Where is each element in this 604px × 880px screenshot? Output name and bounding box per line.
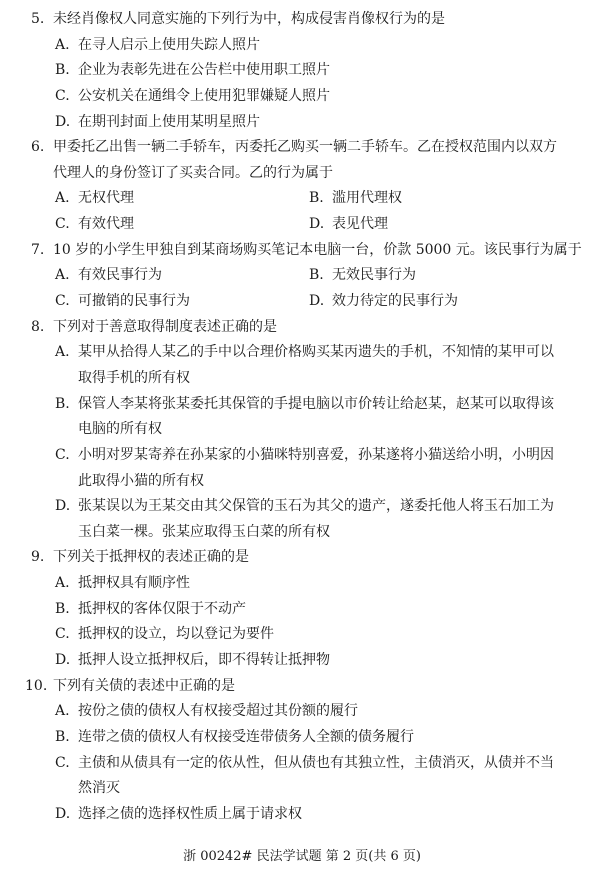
question-text: 下列对于善意取得制度表述正确的是 <box>53 315 277 341</box>
question-number: 5. <box>31 7 44 33</box>
option-c: C. 公安机关在通缉令上使用犯罪嫌疑人照片 <box>0 84 604 110</box>
option-label: C. <box>55 84 70 110</box>
page-footer: 浙 00242# 民法学试题 第 2 页(共 6 页) <box>0 846 604 868</box>
question-number: 10. <box>25 674 47 700</box>
option-a: A. 在寻人启示上使用失踪人照片 <box>0 33 604 59</box>
option-text: 无效民事行为 <box>332 263 416 289</box>
question-number: 8. <box>31 315 44 341</box>
option-d: D. 抵押人设立抵押权后，即不得转让抵押物 <box>0 648 604 674</box>
option-row: A. 有效民事行为 B. 无效民事行为 <box>0 263 604 289</box>
option-text: 主债和从债具有一定的依从性，但从债也有其独立性，主债消灭，从债并不当 <box>78 751 554 777</box>
option-d: D. 张某误以为王某交由其父保管的玉石为其父的遗产，遂委托他人将玉石加工为 <box>0 494 604 520</box>
option-a: A. 某甲从拾得人某乙的手中以合理价格购买某丙遗失的手机，不知情的某甲可以 <box>0 340 604 366</box>
option-label: C. <box>55 751 70 777</box>
option-b: B. 抵押权的客体仅限于不动产 <box>0 597 604 623</box>
option-text: 然消灭 <box>78 776 120 802</box>
option-d-continued: 玉白菜一棵。张某应取得玉白菜的所有权 <box>0 520 604 546</box>
option-c: C. 主债和从债具有一定的依从性，但从债也有其独立性，主债消灭，从债并不当 <box>0 751 604 777</box>
option-text: 张某误以为王某交由其父保管的玉石为其父的遗产，遂委托他人将玉石加工为 <box>78 494 554 520</box>
option-a: A. 按份之债的债权人有权接受超过其份额的履行 <box>0 699 604 725</box>
option-label: B. <box>55 58 70 84</box>
option-c: C. 抵押权的设立，均以登记为要件 <box>0 622 604 648</box>
option-text: 有效民事行为 <box>78 263 162 289</box>
option-c: C. 小明对罗某寄养在孙某家的小猫咪特别喜爱，孙某遂将小猫送给小明，小明因 <box>0 443 604 469</box>
option-text: 此取得小猫的所有权 <box>78 469 204 495</box>
option-text: 抵押权的客体仅限于不动产 <box>78 597 246 623</box>
option-label: B. <box>55 392 70 418</box>
option-text: 可撤销的民事行为 <box>78 289 190 315</box>
option-label: D. <box>55 648 70 674</box>
option-text: 取得手机的所有权 <box>78 366 190 392</box>
option-label: C. <box>55 443 70 469</box>
option-text: 选择之债的选择权性质上属于请求权 <box>78 802 302 828</box>
option-d: D. 在期刊封面上使用某明星照片 <box>0 110 604 136</box>
question-10: 10. 下列有关债的表述中正确的是 A. 按份之债的债权人有权接受超过其份额的履… <box>0 674 604 828</box>
option-label: D. <box>55 802 70 828</box>
option-label: A. <box>55 33 70 59</box>
question-text: 甲委托乙出售一辆二手轿车，丙委托乙购买一辆二手轿车。乙在授权范围内以双方 <box>53 135 557 161</box>
option-text: 滥用代理权 <box>332 186 402 212</box>
option-text: 抵押权具有顺序性 <box>78 571 190 597</box>
question-text: 下列关于抵押权的表述正确的是 <box>53 545 249 571</box>
option-text: 抵押人设立抵押权后，即不得转让抵押物 <box>78 648 330 674</box>
option-text: 某甲从拾得人某乙的手中以合理价格购买某丙遗失的手机，不知情的某甲可以 <box>78 340 554 366</box>
option-c-continued: 此取得小猫的所有权 <box>0 469 604 495</box>
option-label: A. <box>55 186 70 212</box>
option-text: 电脑的所有权 <box>78 417 162 443</box>
option-text: 抵押权的设立，均以登记为要件 <box>78 622 274 648</box>
question-number: 7. <box>31 238 44 264</box>
option-text: 企业为表彰先进在公告栏中使用职工照片 <box>78 58 330 84</box>
question-text: 10 岁的小学生甲独自到某商场购买笔记本电脑一台，价款 5000 元。该民事行为… <box>53 238 582 264</box>
option-text: 连带之债的债权人有权接受连带债务人全额的债务履行 <box>78 725 414 751</box>
question-stem: 10. 下列有关债的表述中正确的是 <box>0 674 604 700</box>
question-stem-continued: 代理人的身份签订了买卖合同。乙的行为属于 <box>0 161 604 187</box>
option-label: D. <box>309 212 324 238</box>
option-text: 小明对罗某寄养在孙某家的小猫咪特别喜爱，孙某遂将小猫送给小明，小明因 <box>78 443 554 469</box>
option-text: 有效代理 <box>78 212 134 238</box>
option-label: A. <box>55 571 70 597</box>
question-number: 6. <box>31 135 44 161</box>
option-a-continued: 取得手机的所有权 <box>0 366 604 392</box>
option-label: B. <box>55 725 70 751</box>
option-text: 表见代理 <box>332 212 388 238</box>
exam-page: 5. 未经肖像权人同意实施的下列行为中，构成侵害肖像权行为的是 A. 在寻人启示… <box>0 7 604 828</box>
option-text: 在期刊封面上使用某明星照片 <box>78 110 260 136</box>
option-text: 效力待定的民事行为 <box>332 289 458 315</box>
question-text: 未经肖像权人同意实施的下列行为中，构成侵害肖像权行为的是 <box>53 7 445 33</box>
option-a: A. 抵押权具有顺序性 <box>0 571 604 597</box>
question-text: 代理人的身份签订了买卖合同。乙的行为属于 <box>53 161 333 187</box>
option-label: B. <box>55 597 70 623</box>
option-text: 玉白菜一棵。张某应取得玉白菜的所有权 <box>78 520 330 546</box>
option-row: A. 无权代理 B. 滥用代理权 <box>0 186 604 212</box>
option-b: B. 企业为表彰先进在公告栏中使用职工照片 <box>0 58 604 84</box>
option-label: C. <box>55 212 70 238</box>
question-number: 9. <box>31 545 44 571</box>
option-label: A. <box>55 699 70 725</box>
option-row: C. 有效代理 D. 表见代理 <box>0 212 604 238</box>
question-stem: 7. 10 岁的小学生甲独自到某商场购买笔记本电脑一台，价款 5000 元。该民… <box>0 238 604 264</box>
option-label: A. <box>55 263 70 289</box>
question-stem: 6. 甲委托乙出售一辆二手轿车，丙委托乙购买一辆二手轿车。乙在授权范围内以双方 <box>0 135 604 161</box>
option-label: D. <box>309 289 324 315</box>
option-text: 保管人李某将张某委托其保管的手提电脑以市价转让给赵某，赵某可以取得该 <box>78 392 554 418</box>
option-text: 公安机关在通缉令上使用犯罪嫌疑人照片 <box>78 84 330 110</box>
option-text: 在寻人启示上使用失踪人照片 <box>78 33 260 59</box>
question-7: 7. 10 岁的小学生甲独自到某商场购买笔记本电脑一台，价款 5000 元。该民… <box>0 238 604 315</box>
option-label: B. <box>309 186 324 212</box>
question-stem: 8. 下列对于善意取得制度表述正确的是 <box>0 315 604 341</box>
option-d: D. 选择之债的选择权性质上属于请求权 <box>0 802 604 828</box>
option-text: 无权代理 <box>78 186 134 212</box>
option-label: B. <box>309 263 324 289</box>
option-label: A. <box>55 340 70 366</box>
question-6: 6. 甲委托乙出售一辆二手轿车，丙委托乙购买一辆二手轿车。乙在授权范围内以双方 … <box>0 135 604 238</box>
question-9: 9. 下列关于抵押权的表述正确的是 A. 抵押权具有顺序性 B. 抵押权的客体仅… <box>0 545 604 673</box>
question-5: 5. 未经肖像权人同意实施的下列行为中，构成侵害肖像权行为的是 A. 在寻人启示… <box>0 7 604 135</box>
option-text: 按份之债的债权人有权接受超过其份额的履行 <box>78 699 358 725</box>
option-label: D. <box>55 494 70 520</box>
option-b: B. 保管人李某将张某委托其保管的手提电脑以市价转让给赵某，赵某可以取得该 <box>0 392 604 418</box>
option-row: C. 可撤销的民事行为 D. 效力待定的民事行为 <box>0 289 604 315</box>
option-label: C. <box>55 622 70 648</box>
option-label: C. <box>55 289 70 315</box>
option-c-continued: 然消灭 <box>0 776 604 802</box>
question-text: 下列有关债的表述中正确的是 <box>53 674 235 700</box>
option-b: B. 连带之债的债权人有权接受连带债务人全额的债务履行 <box>0 725 604 751</box>
question-8: 8. 下列对于善意取得制度表述正确的是 A. 某甲从拾得人某乙的手中以合理价格购… <box>0 315 604 546</box>
question-stem: 9. 下列关于抵押权的表述正确的是 <box>0 545 604 571</box>
question-stem: 5. 未经肖像权人同意实施的下列行为中，构成侵害肖像权行为的是 <box>0 7 604 33</box>
option-b-continued: 电脑的所有权 <box>0 417 604 443</box>
option-label: D. <box>55 110 70 136</box>
